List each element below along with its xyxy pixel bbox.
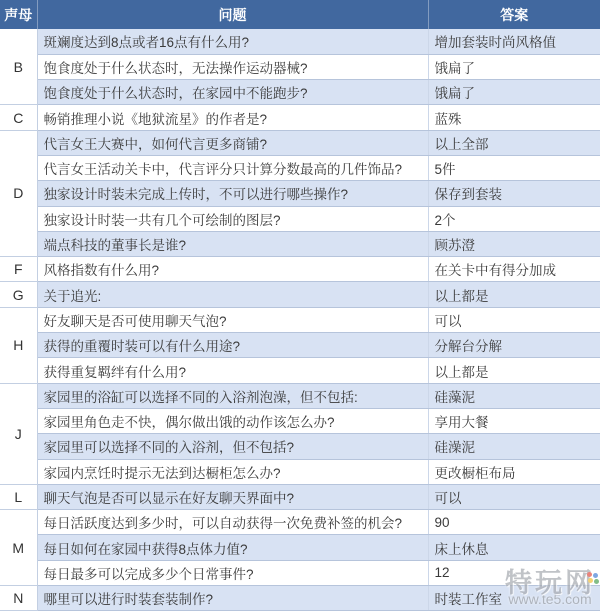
question-cell: 独家设计时装一共有几个可绘制的图层? (37, 206, 428, 231)
question-cell: 家园内烹饪时提示无法到达橱柜怎么办? (37, 459, 428, 484)
question-cell: 好友聊天是否可使用聊天气泡? (37, 307, 428, 332)
table-row: 每日如何在家园中获得8点体力值?床上休息 (0, 535, 600, 560)
table-row: 每日最多可以完成多少个日常事件?12 (0, 560, 600, 585)
answer-cell: 5件 (428, 155, 600, 180)
header-initial: 声母 (0, 0, 37, 29)
answer-cell: 时装工作室 (428, 586, 600, 611)
header-answer: 答案 (428, 0, 600, 29)
answer-cell: 顾苏澄 (428, 231, 600, 256)
question-cell: 获得的重覆时装可以有什么用途? (37, 333, 428, 358)
answer-cell: 以上全部 (428, 130, 600, 155)
question-cell: 家园里角色走不快，偶尔做出饿的动作该怎么办? (37, 408, 428, 433)
answer-cell: 2个 (428, 206, 600, 231)
header-row: 声母 问题 答案 (0, 0, 600, 29)
table-row: 获得的重覆时装可以有什么用途?分解台分解 (0, 333, 600, 358)
answer-cell: 增加套装时尚风格值 (428, 29, 600, 54)
answer-cell: 保存到套装 (428, 181, 600, 206)
table-row: N哪里可以进行时装套装制作?时装工作室 (0, 586, 600, 611)
initial-cell: C (0, 105, 37, 130)
answer-cell: 饿扁了 (428, 54, 600, 79)
table-row: J家园里的浴缸可以选择不同的入浴剂泡澡，但不包括:硅藻泥 (0, 383, 600, 408)
initial-cell: L (0, 484, 37, 509)
answer-cell: 硅澡泥 (428, 434, 600, 459)
answer-cell: 蓝殊 (428, 105, 600, 130)
question-cell: 家园里可以选择不同的入浴剂，但不包括? (37, 434, 428, 459)
question-cell: 饱食度处于什么状态时，无法操作运动器械? (37, 54, 428, 79)
answer-cell: 享用大餐 (428, 408, 600, 433)
question-cell: 每日最多可以完成多少个日常事件? (37, 560, 428, 585)
question-cell: 家园里的浴缸可以选择不同的入浴剂泡澡，但不包括: (37, 383, 428, 408)
answer-cell: 硅藻泥 (428, 383, 600, 408)
initial-cell: J (0, 383, 37, 484)
question-cell: 饱食度处于什么状态时，在家园中不能跑步? (37, 80, 428, 105)
table-row: 家园里角色走不快，偶尔做出饿的动作该怎么办?享用大餐 (0, 408, 600, 433)
question-cell: 代言女王大赛中，如何代言更多商铺? (37, 130, 428, 155)
table-row: M每日活跃度达到多少时，可以自动获得一次免费补签的机会?90 (0, 510, 600, 535)
qa-table-body: B斑斓度达到8点或者16点有什么用?增加套装时尚风格值饱食度处于什么状态时，无法… (0, 29, 600, 611)
question-cell: 获得重复羁绊有什么用? (37, 358, 428, 383)
table-row: 家园里可以选择不同的入浴剂，但不包括?硅澡泥 (0, 434, 600, 459)
question-cell: 畅销推理小说《地狱流星》的作者是? (37, 105, 428, 130)
question-cell: 聊天气泡是否可以显示在好友聊天界面中? (37, 484, 428, 509)
table-row: 代言女王活动关卡中，代言评分只计算分数最高的几件饰品?5件 (0, 155, 600, 180)
initial-cell: D (0, 130, 37, 256)
answer-cell: 以上都是 (428, 282, 600, 307)
question-cell: 每日如何在家园中获得8点体力值? (37, 535, 428, 560)
table-row: F风格指数有什么用?在关卡中有得分加成 (0, 257, 600, 282)
table-row: L聊天气泡是否可以显示在好友聊天界面中?可以 (0, 484, 600, 509)
question-cell: 斑斓度达到8点或者16点有什么用? (37, 29, 428, 54)
initial-cell: M (0, 510, 37, 586)
answer-cell: 在关卡中有得分加成 (428, 257, 600, 282)
initial-cell: B (0, 29, 37, 105)
answer-cell: 分解台分解 (428, 333, 600, 358)
table-row: H好友聊天是否可使用聊天气泡?可以 (0, 307, 600, 332)
answer-cell: 12 (428, 560, 600, 585)
answer-cell: 可以 (428, 484, 600, 509)
table-row: D代言女王大赛中，如何代言更多商铺?以上全部 (0, 130, 600, 155)
table-row: 独家设计时装未完成上传时，不可以进行哪些操作?保存到套装 (0, 181, 600, 206)
initial-cell: H (0, 307, 37, 383)
initial-cell: F (0, 257, 37, 282)
qa-table-header: 声母 问题 答案 (0, 0, 600, 29)
answer-cell: 饿扁了 (428, 80, 600, 105)
table-row: 端点科技的董事长是谁?顾苏澄 (0, 231, 600, 256)
table-row: 家园内烹饪时提示无法到达橱柜怎么办?更改橱柜布局 (0, 459, 600, 484)
question-cell: 哪里可以进行时装套装制作? (37, 586, 428, 611)
table-row: 饱食度处于什么状态时，在家园中不能跑步?饿扁了 (0, 80, 600, 105)
table-row: B斑斓度达到8点或者16点有什么用?增加套装时尚风格值 (0, 29, 600, 54)
question-cell: 代言女王活动关卡中，代言评分只计算分数最高的几件饰品? (37, 155, 428, 180)
table-row: 饱食度处于什么状态时，无法操作运动器械?饿扁了 (0, 54, 600, 79)
initial-cell: G (0, 282, 37, 307)
question-cell: 独家设计时装未完成上传时，不可以进行哪些操作? (37, 181, 428, 206)
table-row: C畅销推理小说《地狱流星》的作者是?蓝殊 (0, 105, 600, 130)
question-cell: 风格指数有什么用? (37, 257, 428, 282)
question-cell: 每日活跃度达到多少时，可以自动获得一次免费补签的机会? (37, 510, 428, 535)
question-cell: 端点科技的董事长是谁? (37, 231, 428, 256)
table-row: 获得重复羁绊有什么用?以上都是 (0, 358, 600, 383)
answer-cell: 可以 (428, 307, 600, 332)
answer-cell: 以上都是 (428, 358, 600, 383)
table-row: G关于追光:以上都是 (0, 282, 600, 307)
initial-cell: N (0, 586, 37, 611)
question-cell: 关于追光: (37, 282, 428, 307)
answer-cell: 90 (428, 510, 600, 535)
answer-cell: 更改橱柜布局 (428, 459, 600, 484)
header-question: 问题 (37, 0, 428, 29)
answer-cell: 床上休息 (428, 535, 600, 560)
table-row: 独家设计时装一共有几个可绘制的图层?2个 (0, 206, 600, 231)
qa-table: 声母 问题 答案 B斑斓度达到8点或者16点有什么用?增加套装时尚风格值饱食度处… (0, 0, 600, 611)
